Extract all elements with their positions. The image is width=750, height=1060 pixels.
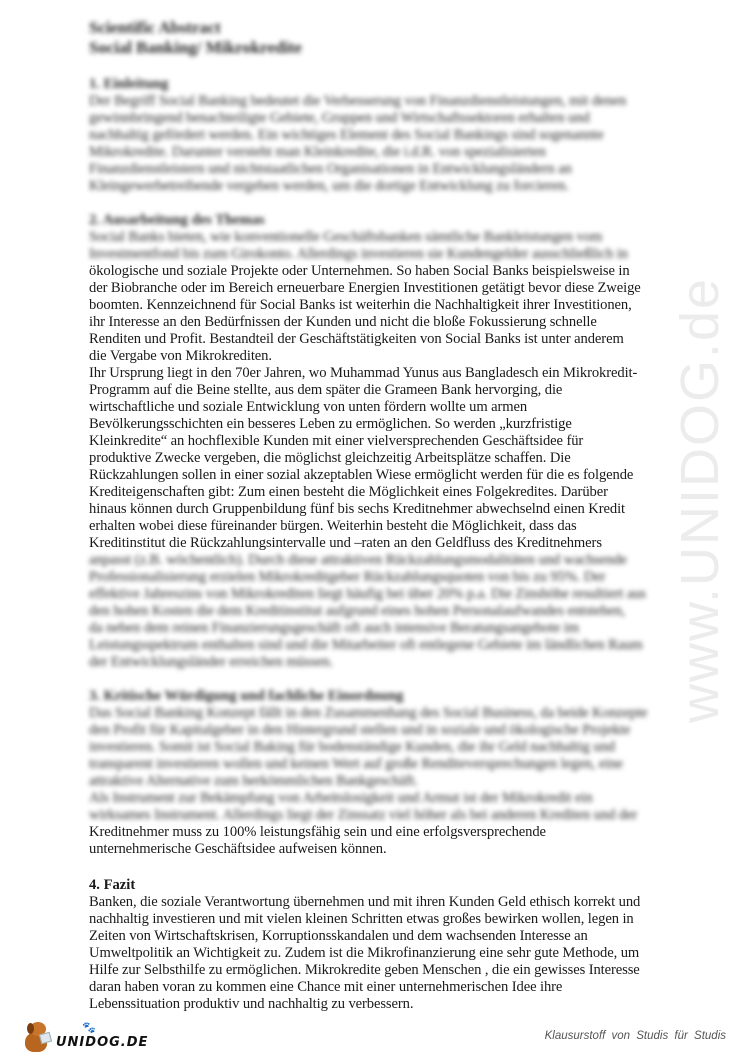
paragraph-line: produktive Zwecke vergeben, die möglichs… <box>89 450 689 467</box>
logo-text: UNIDOG.DE <box>56 1035 148 1050</box>
paragraph-line: Professionalisierung erzielen Mikrokredi… <box>89 569 689 586</box>
paragraph-line: Banken, die soziale Verantwortung überne… <box>89 894 689 911</box>
paragraph-line: Kreditinstitut die Rückzahlungsintervall… <box>89 535 689 552</box>
paragraph-line: hinaus können durch Gruppenbildung fünf … <box>89 501 689 518</box>
paragraph-line: da neben dem reinen Finanzierungsgeschäf… <box>89 620 689 637</box>
paragraph-line: der Entwicklungsländer erreichen müssen. <box>89 654 689 671</box>
paragraph-line: daran haben voran zu kommen eine Chance … <box>89 979 689 996</box>
document-page: www.UNIDOG.de Scientific Abstract Social… <box>0 0 750 1060</box>
footer-slogan: Klausurstoff von Studis für Studis <box>545 1030 726 1042</box>
paragraph-line: Umweltpolitik an Wichtigkeit zu. Zudem i… <box>89 945 689 962</box>
paragraph-line: investieren. Somit ist Social Baking für… <box>89 739 689 756</box>
paragraph-line: attraktive Alternative zum herkömmlichen… <box>89 773 689 790</box>
paragraph-line: anpasst (z.B. wöchentlich). Durch diese … <box>89 552 689 569</box>
paragraph-line: Krediteigenschaften gibt: Zum einen best… <box>89 484 689 501</box>
paragraph-line: Kreditnehmer muss zu 100% leistungsfähig… <box>89 824 689 841</box>
paw-print-icon: 🐾 <box>82 1021 97 1034</box>
paragraph-line: den Profit für Kapitalgeber in den Hinte… <box>89 722 689 739</box>
paragraph-line: Rückzahlungen sollen in einer sozial akz… <box>89 467 689 484</box>
paragraph-line: Kleingewerbetreibende vergeben werden, u… <box>89 178 689 195</box>
paragraph-line: Renditen und Profit. Bestandteil der Ges… <box>89 331 689 348</box>
document-content: Scientific Abstract Social Banking/ Mikr… <box>89 18 689 1013</box>
paragraph-line: Der Begriff Social Banking bedeutet die … <box>89 93 689 110</box>
paragraph-line: Finanzdienstleistern und nichtstaatliche… <box>89 161 689 178</box>
paragraph-line: boomten. Kennzeichnend für Social Banks … <box>89 297 689 314</box>
paragraph-line: Ihr Ursprung liegt in den 70er Jahren, w… <box>89 365 689 382</box>
paragraph-line: nachhaltig investieren und mit vielen kl… <box>89 911 689 928</box>
paragraph-line: Bevölkerungsschichten ein besseres Leben… <box>89 416 689 433</box>
paragraph-line: Zeiten von Wirtschaftskrisen, Korruption… <box>89 928 689 945</box>
paragraph-line: wirksames Instrument. Allerdings liegt d… <box>89 807 689 824</box>
paragraph-line: Hilfe zur Selbsthilfe zu ermöglichen. Mi… <box>89 962 689 979</box>
paragraph-line: erhalten wobei diese füreinander bürgen.… <box>89 518 689 535</box>
paragraph-line: Das Social Banking Konzept fällt in den … <box>89 705 689 722</box>
paragraph-line: wirtschaftliche und soziale Entwicklung … <box>89 399 689 416</box>
paragraph-line: nachhaltig gefördert werden. Ein wichtig… <box>89 127 689 144</box>
paragraph-line: den hohen Kosten die dem Kreditinstitut … <box>89 603 689 620</box>
section-heading-einleitung: 1. Einleitung <box>89 76 689 93</box>
paragraph-line: Mikrokredite. Darunter versteht man Klei… <box>89 144 689 161</box>
paragraph-line: effektive Jahreszins von Mikrokrediten l… <box>89 586 689 603</box>
document-title: Scientific Abstract <box>89 18 689 38</box>
paragraph-line: ihr Interesse an den Bedürfnissen der Ku… <box>89 314 689 331</box>
dog-mascot-icon <box>22 1020 52 1054</box>
paragraph-line: transparent investieren wollen und keine… <box>89 756 689 773</box>
paragraph-line: Kleinkredite“ an hochflexible Kunden mit… <box>89 433 689 450</box>
paragraph-line: Social Banks bieten, wie konventionelle … <box>89 229 689 246</box>
section-heading-fazit: 4. Fazit <box>89 877 689 894</box>
paragraph-line: ökologische und soziale Projekte oder Un… <box>89 263 689 280</box>
section-heading-ausarbeitung: 2. Ausarbeitung des Themas <box>89 212 689 229</box>
unidog-logo[interactable]: 🐾 UNIDOG.DE <box>22 1016 152 1054</box>
paragraph-line: der Biobranche oder im Bereich erneuerba… <box>89 280 689 297</box>
paragraph-line: Programm auf die Beine stellte, aus dem … <box>89 382 689 399</box>
paragraph-line: Als Instrument zur Bekämpfung von Arbeit… <box>89 790 689 807</box>
paragraph-line: unternehmerische Geschäftsidee aufweisen… <box>89 841 689 858</box>
paragraph-line: gewinnbringend benachteiligte Gebiete, G… <box>89 110 689 127</box>
document-subtitle: Social Banking/ Mikrokredite <box>89 38 689 58</box>
paragraph-line: Investmentfond bis zum Girokonto. Allerd… <box>89 246 689 263</box>
section-heading-kritische-wuerdigung: 3. Kritische Würdigung und fachliche Ein… <box>89 688 689 705</box>
paragraph-line: Leistungsspektrum enthalten sind und die… <box>89 637 689 654</box>
paragraph-line: Lebenssituation produktiv und nachhaltig… <box>89 996 689 1013</box>
paragraph-line: die Vergabe von Mikrokrediten. <box>89 348 689 365</box>
